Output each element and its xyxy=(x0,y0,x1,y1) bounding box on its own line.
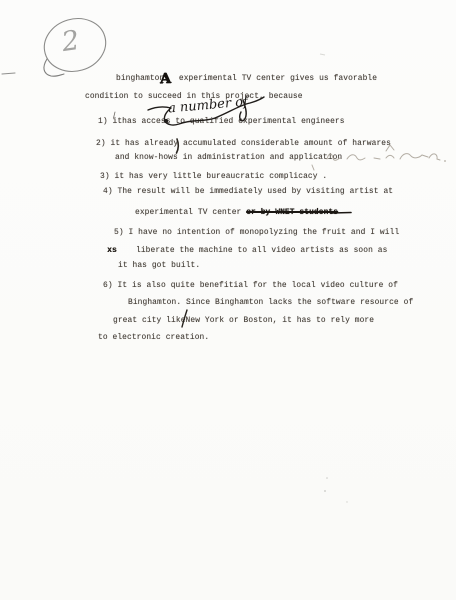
swoosh-curve xyxy=(164,97,264,125)
pencil-period-dot xyxy=(444,160,446,162)
pencil-tick-below xyxy=(312,165,314,170)
scanned-letter-page: 2 binghamton A experimental TV center gi… xyxy=(0,0,456,600)
already-insertion-stroke xyxy=(177,139,179,153)
space-insertion-tick xyxy=(114,112,116,118)
scan-specks xyxy=(320,54,348,503)
left-margin-dash xyxy=(2,73,15,74)
pencil-caret xyxy=(386,145,394,151)
pencil-scribble xyxy=(312,145,446,170)
pencil-scribble-stroke-2 xyxy=(374,154,428,159)
swoosh-ink-knot xyxy=(164,119,168,123)
speck-2 xyxy=(324,490,326,492)
word-separation-slash xyxy=(182,310,187,327)
circle-ellipse xyxy=(38,11,112,78)
handwriting-overlay xyxy=(0,0,456,600)
circle-annotation xyxy=(2,11,112,78)
speck-1 xyxy=(326,477,328,479)
speck-3 xyxy=(346,501,347,502)
speck-dash-top xyxy=(320,54,325,55)
swoosh-lead-dash xyxy=(148,107,171,110)
strikeout-trailing-dash xyxy=(332,213,351,214)
pencil-scribble-stroke-1 xyxy=(327,154,365,160)
insertion-swoosh xyxy=(148,97,264,125)
circle-tail-stroke xyxy=(44,59,64,76)
swoosh-f-descender xyxy=(240,100,246,121)
pencil-scribble-end-loop xyxy=(429,154,440,160)
